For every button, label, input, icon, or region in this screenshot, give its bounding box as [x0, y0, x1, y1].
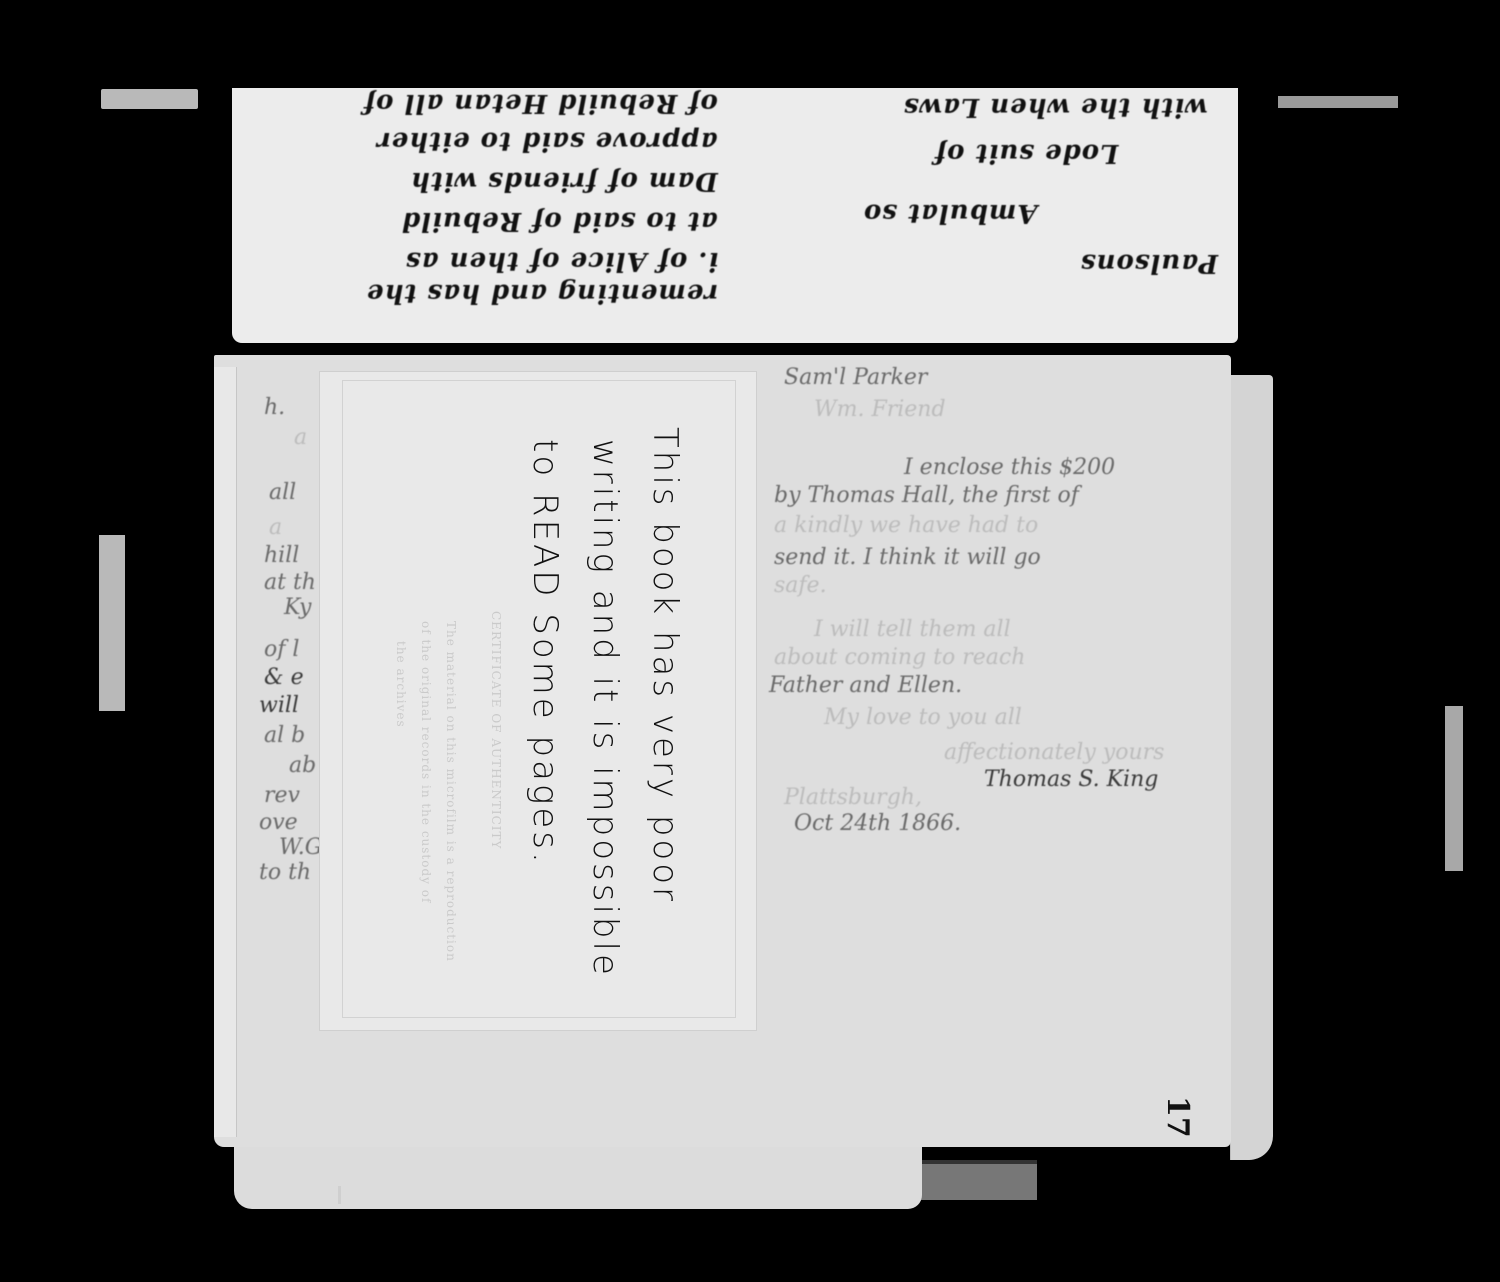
letter-date: Oct 24th 1866.	[794, 811, 961, 836]
card-line: to READ Some pages.	[525, 439, 565, 866]
film-marker-left	[99, 535, 125, 711]
note-card: CERTIFICATE OF AUTHENTICITY The material…	[320, 372, 756, 1030]
letter-line: I enclose this $200	[904, 455, 1115, 480]
margin-fragment: rev	[264, 783, 300, 808]
film-marker-top-left	[101, 89, 198, 109]
margin-fragment: ove	[259, 810, 298, 835]
strip-line: of Rebuild Hetan all of	[363, 88, 718, 118]
letter-line: safe.	[774, 573, 827, 598]
margin-fragment: a	[269, 515, 282, 540]
margin-fragment: to th	[259, 860, 311, 885]
strip-line: rementing and has the	[366, 278, 718, 308]
strip-line: with the when Laws	[903, 92, 1208, 122]
film-marker-top-right	[1278, 96, 1398, 108]
letter-salutation: Wm. Friend	[814, 397, 946, 422]
letter-line: Father and Ellen.	[769, 673, 962, 698]
strip-line: i. of Alice of then as	[405, 246, 718, 276]
margin-fragment: at th	[264, 570, 316, 595]
top-strip-page: of Rebuild Hetan all of approve said to …	[232, 88, 1238, 343]
margin-fragment: all	[269, 480, 296, 505]
underlying-page-edge	[1230, 375, 1273, 1160]
card-ghost-print: The material on this microfilm is a repr…	[444, 621, 458, 962]
strip-line: Paulsons	[1080, 248, 1218, 278]
binding-clip	[917, 1160, 1037, 1200]
card-line: This book has very poor	[645, 427, 685, 904]
letter-closing: affectionately yours	[944, 740, 1164, 765]
page-number: 17	[1160, 1096, 1195, 1138]
margin-fragment: h.	[264, 395, 285, 420]
strip-line: at to said of Rebuild	[401, 206, 718, 236]
letter-line: I will tell them all	[814, 617, 1011, 642]
letter-line: about coming to reach	[774, 645, 1025, 670]
letter-place: Plattsburgh,	[784, 785, 922, 810]
card-ghost-print: of the original records in the custody o…	[419, 621, 433, 903]
letter-addressee: Sam'l Parker	[784, 365, 927, 390]
letter-line: My love to you all	[824, 705, 1022, 730]
margin-fragment: hill	[264, 543, 299, 568]
page-binding-edge	[214, 367, 237, 1137]
card-ghost-print: CERTIFICATE OF AUTHENTICITY	[489, 611, 503, 849]
margin-fragment: & e	[264, 665, 304, 690]
strip-line: Dam of friends with	[410, 166, 718, 196]
film-speck	[338, 1186, 341, 1204]
margin-fragment: al b	[264, 723, 305, 748]
letter-line: a kindly we have had to	[774, 513, 1038, 538]
card-ghost-print: the archives	[394, 641, 408, 728]
letter-line: by Thomas Hall, the first of	[774, 483, 1079, 508]
strip-line: Ambulat so	[863, 198, 1038, 228]
letter-line: send it. I think it will go	[774, 545, 1041, 570]
margin-fragment: will	[259, 693, 299, 718]
margin-fragment: Ky	[284, 595, 311, 620]
strip-line: approve said to either	[376, 126, 718, 156]
margin-fragment: a	[294, 425, 307, 450]
letter-signature: Thomas S. King	[984, 767, 1158, 792]
margin-fragment: of l	[264, 637, 299, 662]
margin-fragment: ab	[289, 753, 316, 778]
strip-line: Lode suit of	[934, 138, 1118, 168]
film-marker-right	[1445, 706, 1463, 871]
card-line: writing and it is impossible	[585, 439, 625, 978]
